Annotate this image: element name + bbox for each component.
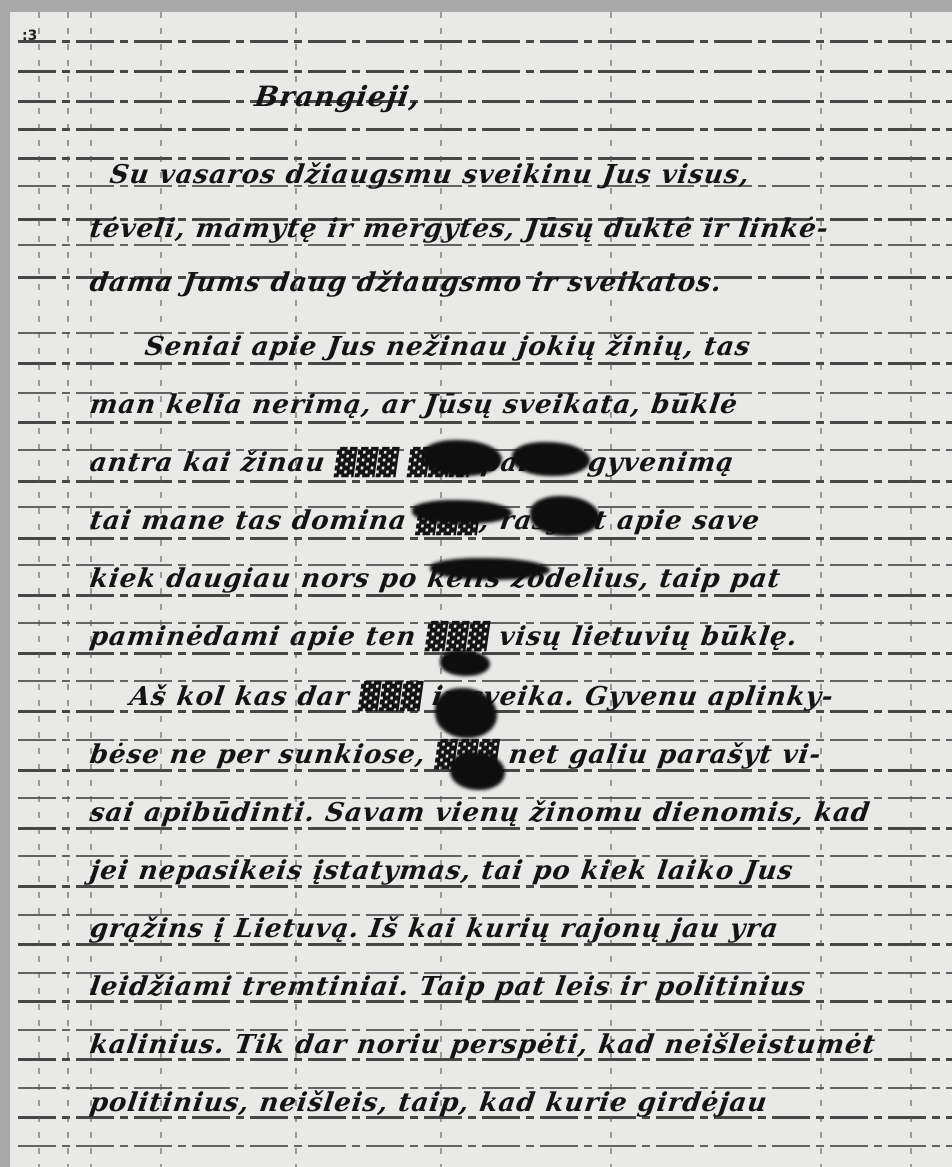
- ruled-line: [18, 128, 952, 131]
- letter-line: sai apibūdinti. Savam vienų žinomu dieno…: [88, 798, 872, 828]
- ruled-line: [18, 40, 952, 43]
- ink-blot-redaction: [530, 496, 600, 536]
- ruled-line: [18, 652, 952, 655]
- letter-line: dama Jums daug džiaugsmo ir sveikatos.: [88, 268, 724, 298]
- letter-line: paminėdami apie ten ▓▓▓ visų lietuvių bū…: [88, 622, 800, 652]
- ruled-line: [18, 480, 952, 483]
- letter-line: Seniai apie Jus nežinau jokių žinių, tas: [143, 332, 753, 362]
- ink-blot-redaction: [440, 650, 490, 676]
- ruled-line: [18, 421, 952, 424]
- ruled-line: [18, 594, 952, 597]
- ruled-line: [18, 537, 952, 540]
- grid-column-line: [910, 12, 912, 1167]
- ruled-line: [18, 362, 952, 365]
- ruled-line: [18, 244, 952, 246]
- letter-line: politinius, neišleis, taip, kad kurie gi…: [88, 1088, 770, 1118]
- letter-page: :3 Brangieji, Su vasaros džiaugsmu sveik…: [10, 12, 952, 1167]
- ruled-line: [18, 70, 952, 73]
- ink-blot-redaction: [430, 558, 550, 580]
- grid-column-line: [820, 12, 822, 1167]
- letter-line: man kelia nerimą, ar Jūsų sveikata, būkl…: [88, 390, 740, 420]
- grid-column-line: [38, 12, 40, 1167]
- letter-line: tėveli, mamytę ir mergytes, Jūsų duktė i…: [88, 214, 831, 244]
- ink-blot-redaction: [450, 752, 505, 790]
- ink-blot-redaction: [412, 500, 512, 524]
- letter-line: Su vasaros džiaugsmu sveikinu Jus visus,: [108, 160, 752, 190]
- letter-line: jei nepasikeis įstatymas, tai po kiek la…: [88, 856, 796, 886]
- letter-line: antra kai žinau ▓▓▓ ▓▓▓ palaiu gyvenimą: [88, 448, 736, 478]
- salutation: Brangieji,: [253, 80, 423, 113]
- letter-line: leidžiami tremtiniai. Taip pat leis ir p…: [88, 972, 808, 1002]
- ink-blot-redaction: [422, 440, 502, 476]
- letter-line: grąžins į Lietuvą. Iš kai kurių rajonų j…: [88, 914, 781, 944]
- page-number-mark: :3: [22, 28, 37, 44]
- ruled-line: [18, 1145, 952, 1147]
- ink-blot-redaction: [512, 442, 590, 476]
- ruled-line: [18, 100, 952, 103]
- grid-column-line: [67, 12, 69, 1167]
- letter-line: kalinius. Tik dar noriu perspėti, kad ne…: [88, 1030, 878, 1060]
